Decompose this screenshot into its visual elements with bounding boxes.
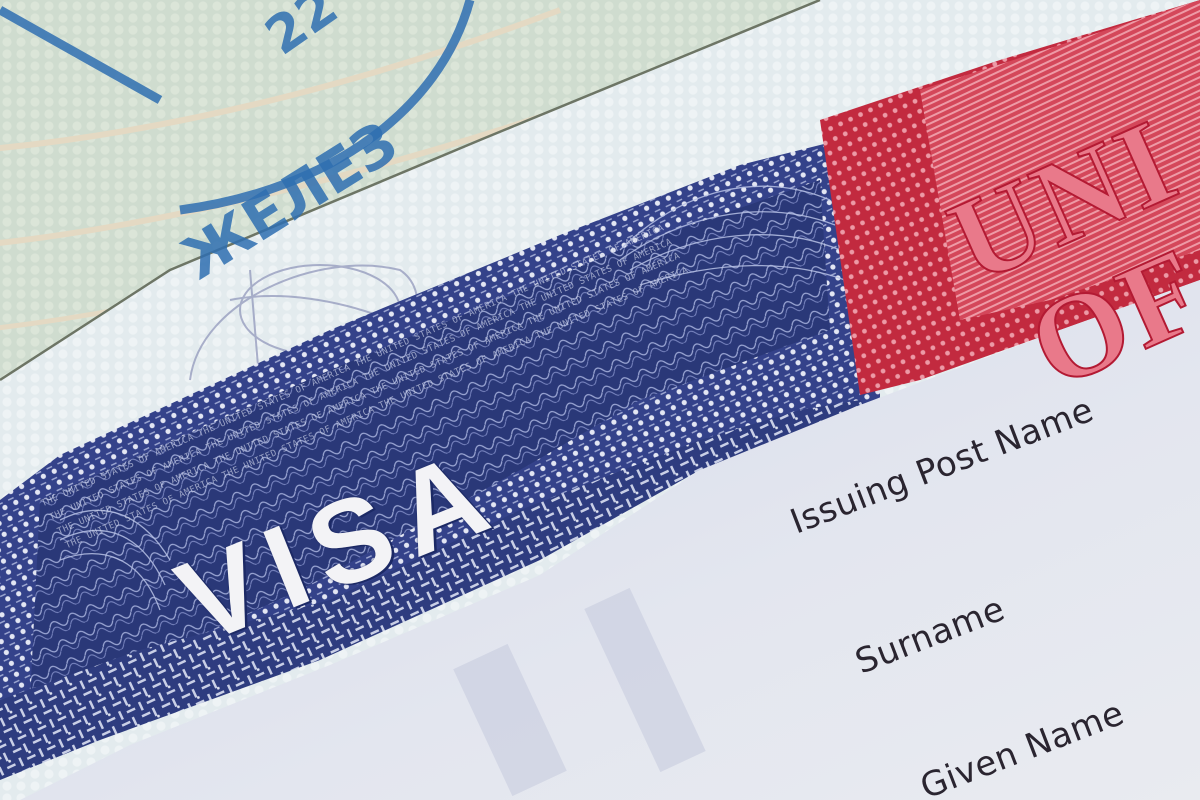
visa-photo: 22 ЖЕЛЕЗ THE UNITED STATES OF AMERICA TH… xyxy=(0,0,1200,800)
document-background xyxy=(0,0,1200,800)
